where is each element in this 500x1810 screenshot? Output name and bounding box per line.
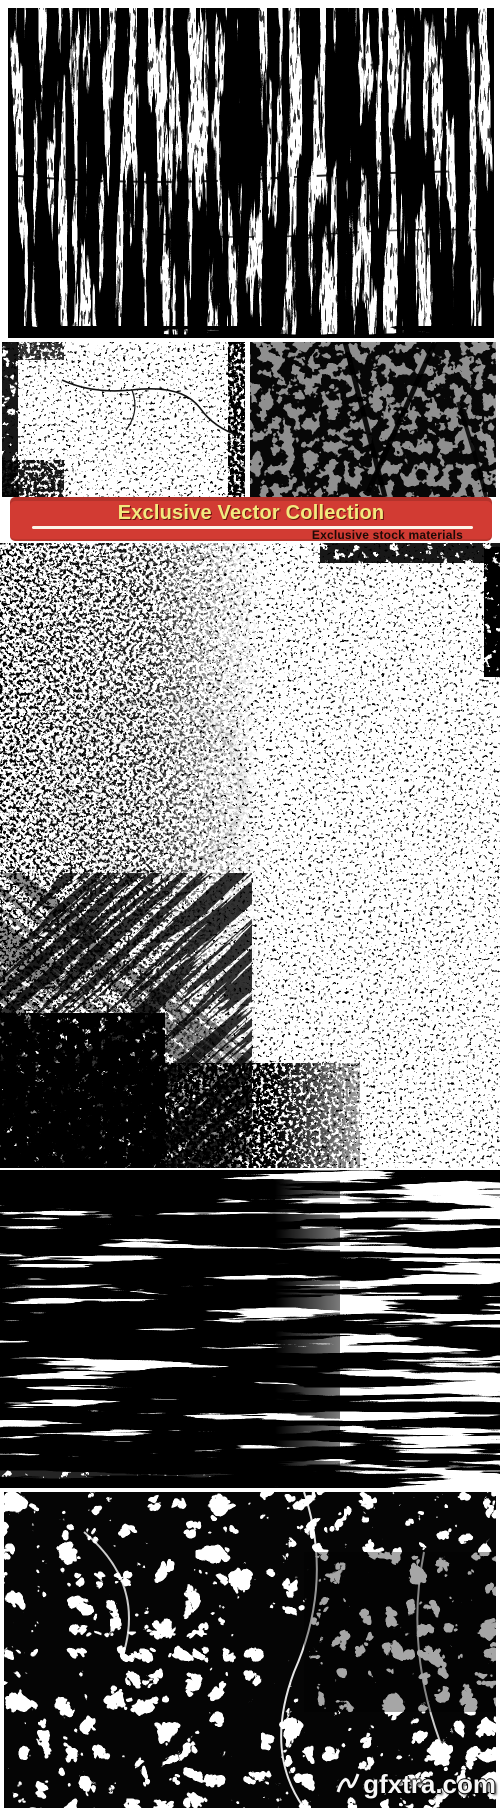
promo-banner: Exclusive Vector Collection Exclusive st… — [10, 497, 492, 541]
texture-cracked-plaster — [2, 342, 245, 497]
texture-dark-marble — [4, 1492, 496, 1808]
texture-dark-foliage — [250, 342, 496, 497]
texture-speckle-overlay — [0, 543, 500, 1168]
texture-tree-bark — [8, 8, 494, 338]
banner-subtitle: Exclusive stock materials — [312, 528, 463, 542]
swan-logo-icon — [335, 1771, 361, 1797]
banner-title: Exclusive Vector Collection — [10, 502, 492, 525]
site-watermark: gfxtra.com — [335, 1768, 496, 1800]
texture-horizontal-scratches — [0, 1170, 500, 1488]
watermark-text: gfxtra.com — [363, 1769, 496, 1799]
